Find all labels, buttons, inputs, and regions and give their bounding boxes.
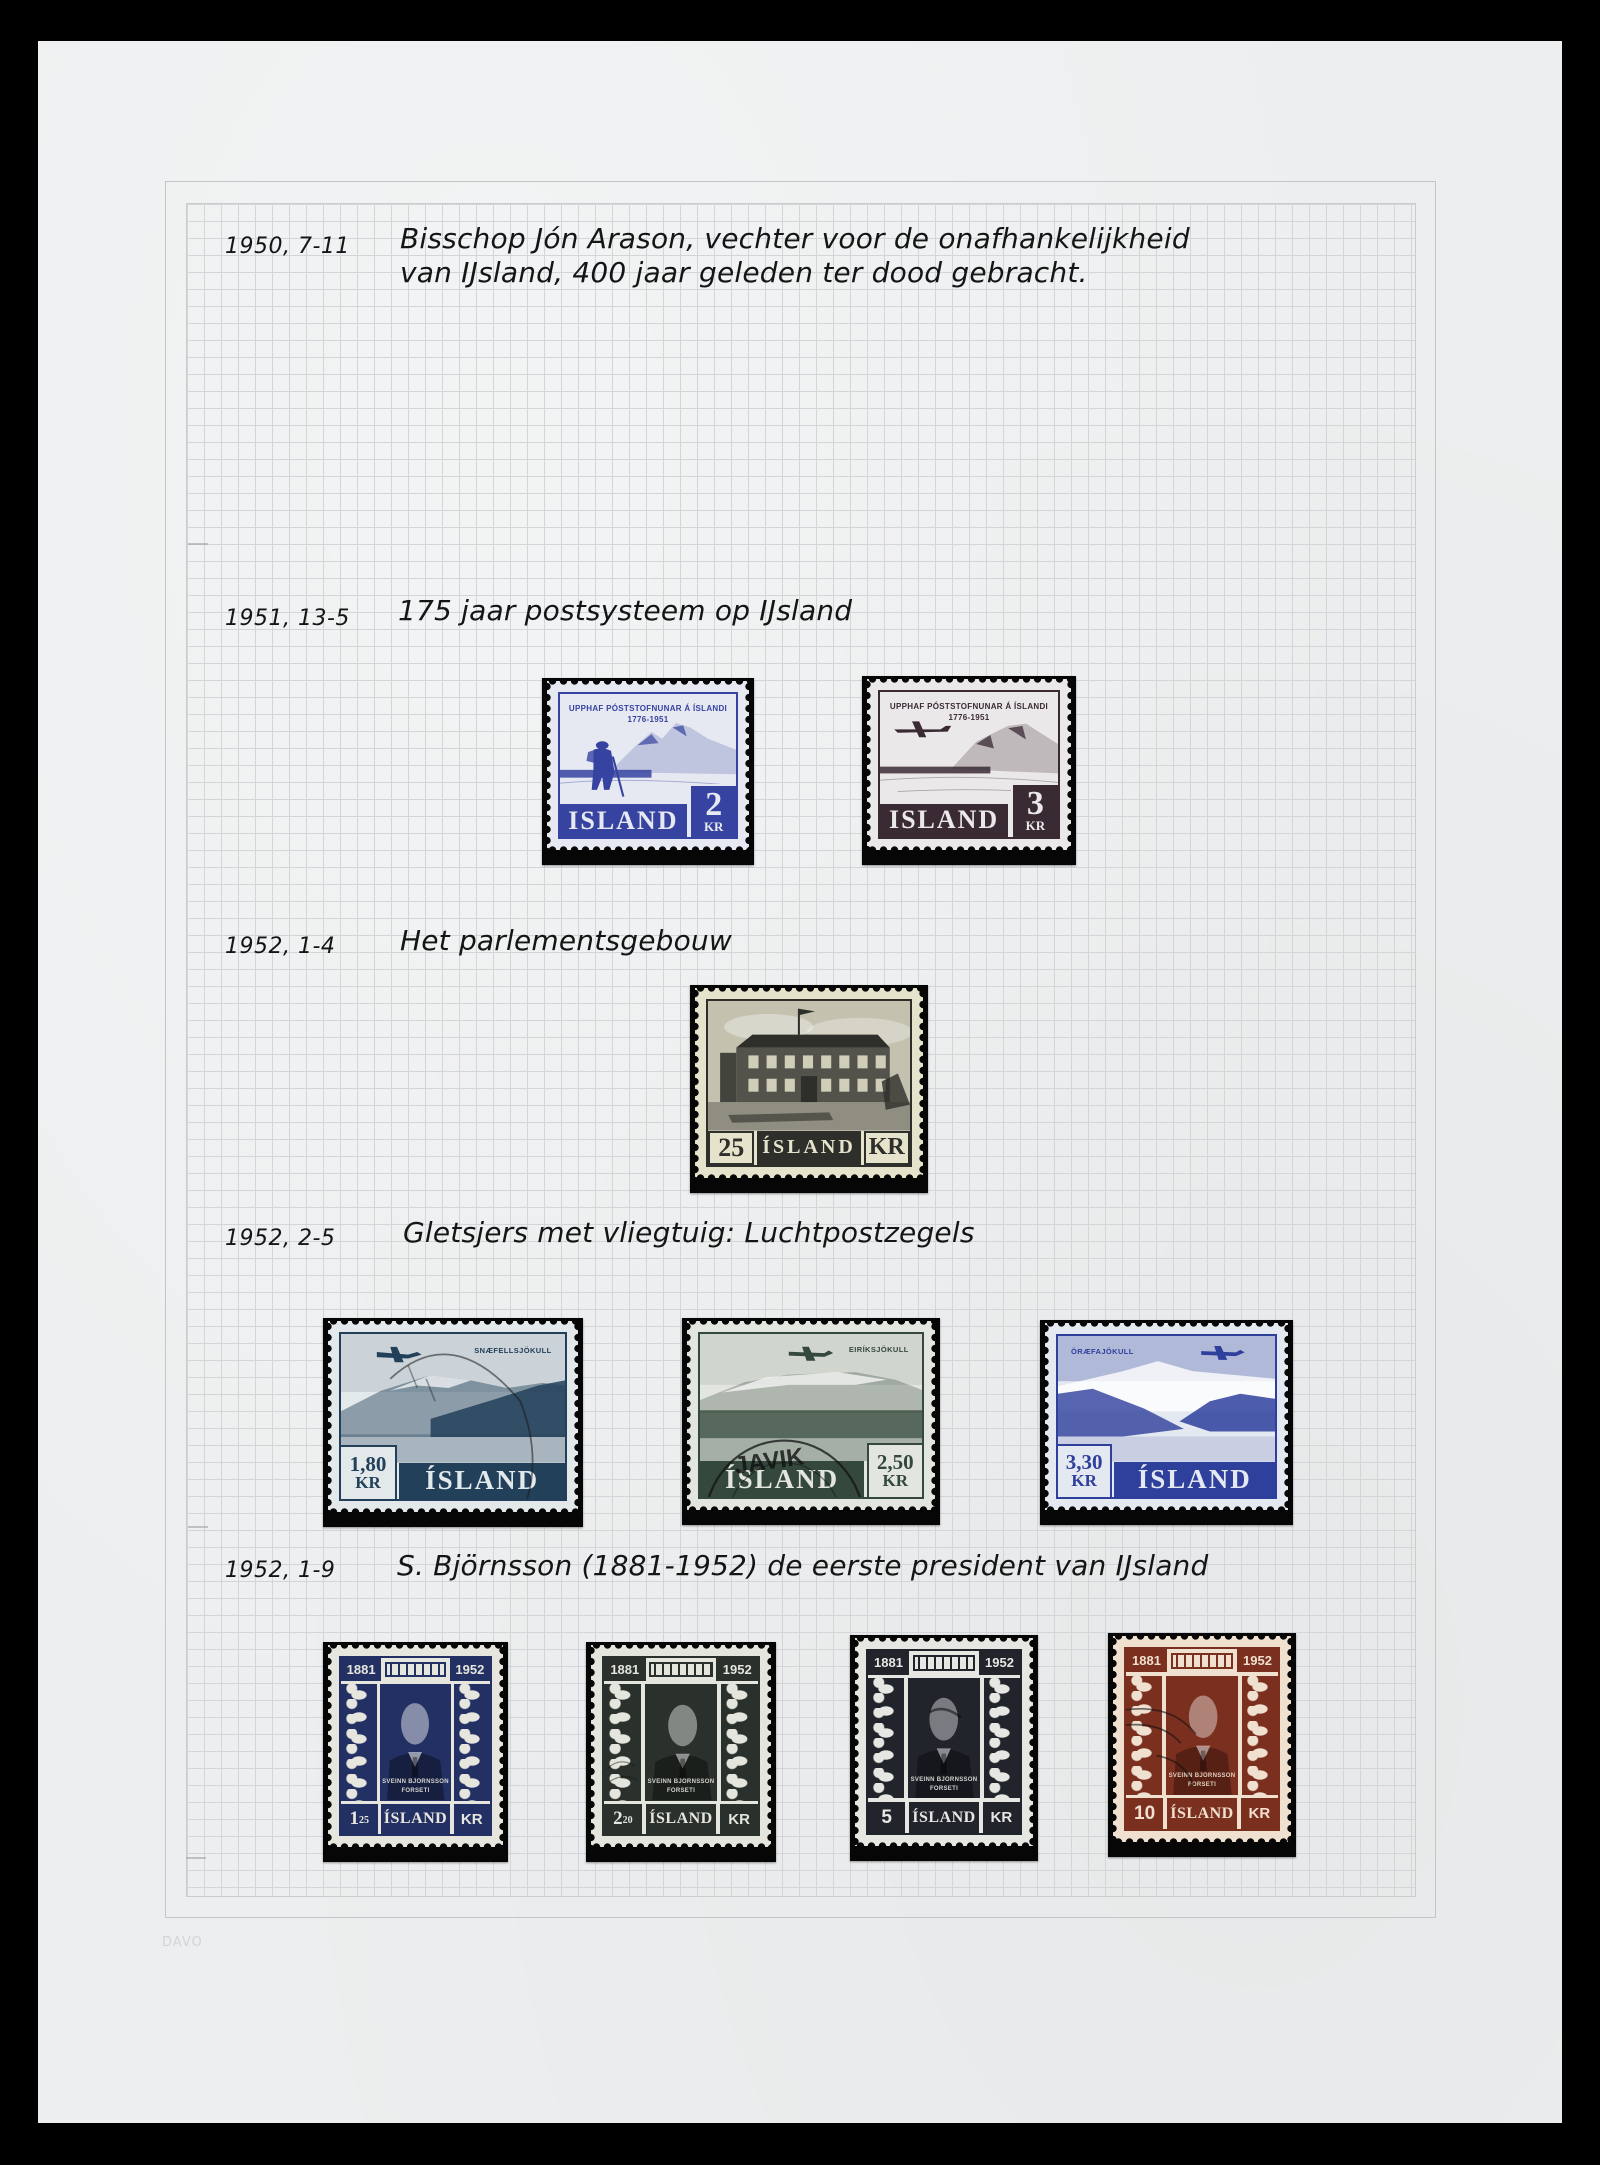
ornament-pillar-left xyxy=(1126,1676,1162,1795)
ornament-band xyxy=(913,1655,975,1671)
portrait: SVEINN BJÖRNSSON FORSETI xyxy=(1166,1676,1237,1795)
stamp-unit: KR xyxy=(1241,1798,1278,1829)
stamp-country: ÍSLAND xyxy=(381,1804,450,1834)
stamp-unit: KR xyxy=(1026,819,1046,833)
stamp-denomination: 5 xyxy=(868,1802,905,1833)
stamp-year-right: 1952 xyxy=(979,1651,1020,1675)
stamp-unit: KR xyxy=(1071,1472,1097,1490)
stamp-value: 25 xyxy=(708,1131,754,1165)
portrait-caption: SVEINN BJÖRNSSON FORSETI xyxy=(380,1778,450,1796)
stamp-unit: KR xyxy=(454,1804,491,1834)
stamp-year-left: 1881 xyxy=(1126,1649,1167,1672)
portrait-role: FORSETI xyxy=(1166,1781,1237,1790)
stamp-denomination: 1,80 KR xyxy=(341,1445,397,1499)
stamp-unit: KR xyxy=(883,1472,909,1490)
portrait-caption: SVEINN BJÖRNSSON FORSETI xyxy=(1166,1772,1237,1790)
stamp-value: 3 xyxy=(1027,789,1044,819)
stamp-design: 1881 1952 SVEINN BJÖRNSSON FORSETI xyxy=(866,1649,1022,1835)
section-title-line: Bisschop Jón Arason, vechter voor de ona… xyxy=(400,222,1190,256)
stamp-paper: 1881 1952 SVEINN BJÖRNSSON FORSETI xyxy=(855,1638,1033,1846)
portrait-role: FORSETI xyxy=(908,1785,979,1794)
stamp-unit: KR xyxy=(720,1804,758,1834)
stamp-paper: 25 ÍSLAND KR xyxy=(695,988,923,1178)
stamp-1952-bjornsson-5kr: 1881 1952 SVEINN BJÖRNSSON FORSETI xyxy=(850,1635,1038,1861)
stamp-denomination: 2 KR xyxy=(689,784,736,837)
stamp-unit: KR xyxy=(355,1474,381,1492)
stamp-value: 2 xyxy=(613,1808,623,1830)
stamp-unit: KR xyxy=(983,1802,1020,1833)
portrait: SVEINN BJÖRNSSON FORSETI xyxy=(380,1684,450,1800)
portrait-name: SVEINN BJÖRNSSON xyxy=(1166,1772,1237,1781)
album-page-photo: DAVO 1950, 7-11 Bisschop Jón Arason, vec… xyxy=(0,0,1600,2165)
stamp-value: 2,50 xyxy=(877,1452,914,1472)
portrait-role: FORSETI xyxy=(380,1787,450,1796)
stamp-year-right: 1952 xyxy=(716,1658,758,1681)
stamp-caption: UPPHAF PÓSTSTOFNUNAR Á ÍSLANDI 1776-1951 xyxy=(560,703,736,725)
portrait-name: SVEINN BJÖRNSSON xyxy=(380,1778,450,1787)
section-date: 1952, 1-4 xyxy=(225,934,335,959)
stamp-1952-bjornsson-1-25kr: 1881 1952 SVEINN BJÖRNSSON FORSETI xyxy=(323,1642,508,1862)
portrait-name: SVEINN BJÖRNSSON xyxy=(645,1778,717,1787)
portrait-name: SVEINN BJÖRNSSON xyxy=(908,1776,979,1785)
stamp-1952-airmail-3-30kr: ÖRÆFAJÖKULL 3,30 KR ÍSLAND xyxy=(1040,1320,1293,1525)
stamp-country: ÍSLAND xyxy=(700,1461,864,1497)
stamp-caption: UPPHAF PÓSTSTOFNUNAR Á ÍSLANDI 1776-1951 xyxy=(880,701,1058,723)
ornament-pillar-right xyxy=(454,1684,490,1800)
section-title: Het parlementsgebouw xyxy=(400,924,732,958)
stamp-value: 1,80 xyxy=(350,1454,387,1474)
section-date: 1951, 13-5 xyxy=(225,606,350,631)
ornament-pillar-right xyxy=(721,1684,758,1800)
stamp-country: ÍSLAND xyxy=(757,1131,860,1165)
section-title-line: van IJsland, 400 jaar geleden ter dood g… xyxy=(400,256,1088,290)
stamp-country: ÍSLAND xyxy=(1167,1798,1237,1829)
stamp-country: ÍSLAND xyxy=(646,1804,717,1834)
stamp-paper: 1881 1952 SVEINN BJÖRNSSON FORSETI xyxy=(591,1645,771,1847)
stamp-paper: ÖRÆFAJÖKULL 3,30 KR ÍSLAND xyxy=(1045,1323,1288,1510)
stamp-caption-text: UPPHAF PÓSTSTOFNUNAR Á ÍSLANDI xyxy=(880,701,1058,712)
stamp-design: 1881 1952 SVEINN BJÖRNSSON FORSETI xyxy=(602,1656,760,1836)
margin-mark xyxy=(188,543,208,545)
portrait-role: FORSETI xyxy=(645,1787,717,1796)
stamp-paper: UPPHAF PÓSTSTOFNUNAR Á ÍSLANDI 1776-1951… xyxy=(867,679,1071,850)
stamp-caption: SNÆFELLSJÖKULL xyxy=(474,1346,551,1355)
stamp-bottom-row: 5 ÍSLAND KR xyxy=(868,1802,1020,1833)
stamp-value-fraction: 25 xyxy=(359,1816,369,1826)
stamp-design: 25 ÍSLAND KR xyxy=(706,999,912,1167)
stamp-denomination: 3,30 KR xyxy=(1058,1444,1112,1497)
section-date: 1952, 1-9 xyxy=(225,1558,335,1583)
section-date: 1952, 2-5 xyxy=(225,1226,335,1251)
parliament-building-icon xyxy=(708,1001,910,1131)
ornament-pillar-left xyxy=(604,1684,641,1800)
stamp-paper: 1881 1952 SVEINN BJÖRNSSON FORSETI xyxy=(1113,1636,1291,1842)
stamp-denomination: 125 xyxy=(341,1804,378,1834)
stamp-caption: EIRÍKSJÖKULL xyxy=(849,1345,909,1354)
stamp-1952-airmail-2-50kr: EIRÍKSJÖKULL ÍSLAND 2,50 KR JAVIK xyxy=(682,1318,940,1525)
stamp-design: ÖRÆFAJÖKULL 3,30 KR ÍSLAND xyxy=(1056,1334,1277,1499)
stamp-year-left: 1881 xyxy=(868,1651,909,1675)
margin-mark xyxy=(186,1857,206,1859)
stamp-design: EIRÍKSJÖKULL ÍSLAND 2,50 KR JAVIK xyxy=(698,1332,924,1499)
stamp-1952-airmail-1-80kr: SNÆFELLSJÖKULL 1,80 KR ÍSLAND xyxy=(323,1318,583,1527)
stamp-1951-2kr: UPPHAF PÓSTSTOFNUNAR Á ÍSLANDI 1776-1951… xyxy=(542,678,754,865)
stamp-design: UPPHAF PÓSTSTOFNUNAR Á ÍSLANDI 1776-1951… xyxy=(558,692,738,839)
stamp-design: SNÆFELLSJÖKULL 1,80 KR ÍSLAND xyxy=(339,1332,567,1501)
stamp-denomination: 220 xyxy=(604,1804,642,1834)
stamp-country: ÍSLAND xyxy=(399,1463,565,1499)
album-brand: DAVO xyxy=(162,1935,203,1950)
stamp-1952-bjornsson-10kr: 1881 1952 SVEINN BJÖRNSSON FORSETI xyxy=(1108,1633,1296,1857)
stamp-1952-bjornsson-2-20kr: 1881 1952 SVEINN BJÖRNSSON FORSETI xyxy=(586,1642,776,1862)
stamp-value: 1 xyxy=(350,1808,360,1830)
stamp-year-left: 1881 xyxy=(604,1658,646,1681)
stamp-bottom-row: 220 ÍSLAND KR xyxy=(604,1804,758,1834)
stamp-denomination: 3 KR xyxy=(1011,783,1058,837)
ornament-pillar-left xyxy=(868,1678,904,1798)
stamp-value-fraction: 20 xyxy=(623,1816,633,1826)
ornament-band xyxy=(649,1662,712,1678)
portrait: SVEINN BJÖRNSSON FORSETI xyxy=(908,1678,979,1798)
stamp-bottom-row: 10 ÍSLAND KR xyxy=(1126,1798,1278,1829)
stamp-value: 3,30 xyxy=(1066,1452,1103,1472)
stamp-caption-text: UPPHAF PÓSTSTOFNUNAR Á ÍSLANDI xyxy=(560,703,736,714)
section-title: S. Björnsson (1881-1952) de eerste presi… xyxy=(397,1549,1208,1583)
stamp-denomination: 2,50 KR xyxy=(867,1443,923,1497)
ornament-band xyxy=(385,1662,446,1678)
portrait: SVEINN BJÖRNSSON FORSETI xyxy=(645,1684,717,1800)
stamp-years: 1776-1951 xyxy=(880,712,1058,723)
stamp-paper: 1881 1952 SVEINN BJÖRNSSON FORSETI xyxy=(328,1645,503,1847)
stamp-paper: SNÆFELLSJÖKULL 1,80 KR ÍSLAND xyxy=(328,1321,578,1512)
stamp-country: ÍSLAND xyxy=(909,1802,979,1833)
stamp-denomination: 10 xyxy=(1126,1798,1163,1829)
stamp-year-left: 1881 xyxy=(341,1658,381,1681)
stamp-year-right: 1952 xyxy=(450,1658,490,1681)
stamp-year-right: 1952 xyxy=(1237,1649,1278,1672)
stamp-bottom-row: 125 ÍSLAND KR xyxy=(341,1804,490,1834)
portrait-caption: SVEINN BJÖRNSSON FORSETI xyxy=(645,1778,717,1796)
section-date: 1950, 7-11 xyxy=(225,234,350,259)
stamp-1952-parliament-25kr: 25 ÍSLAND KR xyxy=(690,985,928,1193)
section-title: 175 jaar postsysteem op IJsland xyxy=(398,594,852,628)
stamp-value: 2 xyxy=(705,790,722,820)
section-title: Gletsjers met vliegtuig: Luchtpostzegels xyxy=(403,1216,975,1250)
margin-mark xyxy=(188,1526,208,1528)
stamp-country: ISLAND xyxy=(880,804,1008,837)
stamp-years: 1776-1951 xyxy=(560,714,736,725)
stamp-paper: EIRÍKSJÖKULL ÍSLAND 2,50 KR JAVIK xyxy=(687,1321,935,1510)
stamp-unit: KR xyxy=(704,820,724,834)
ornament-pillar-right xyxy=(1242,1676,1278,1795)
portrait-caption: SVEINN BJÖRNSSON FORSETI xyxy=(908,1776,979,1794)
stamp-value: 10 xyxy=(1134,1803,1155,1825)
ornament-band xyxy=(1171,1653,1233,1669)
stamp-paper: UPPHAF PÓSTSTOFNUNAR Á ÍSLANDI 1776-1951… xyxy=(547,681,749,850)
ornament-pillar-right xyxy=(984,1678,1020,1798)
stamp-unit: KR xyxy=(864,1131,910,1165)
stamp-1951-3kr: UPPHAF PÓSTSTOFNUNAR Á ÍSLANDI 1776-1951… xyxy=(862,676,1076,865)
stamp-value: 5 xyxy=(881,1807,892,1829)
stamp-bottom-row: 25 ÍSLAND KR xyxy=(708,1131,910,1165)
stamp-caption: ÖRÆFAJÖKULL xyxy=(1071,1347,1134,1356)
stamp-country: ÍSLAND xyxy=(1114,1462,1275,1497)
ornament-pillar-left xyxy=(341,1684,377,1800)
stamp-design: 1881 1952 SVEINN BJÖRNSSON FORSETI xyxy=(339,1656,492,1836)
stamp-design: UPPHAF PÓSTSTOFNUNAR Á ÍSLANDI 1776-1951… xyxy=(878,690,1060,839)
stamp-design: 1881 1952 SVEINN BJÖRNSSON FORSETI xyxy=(1124,1647,1280,1831)
stamp-country: ISLAND xyxy=(560,804,687,837)
